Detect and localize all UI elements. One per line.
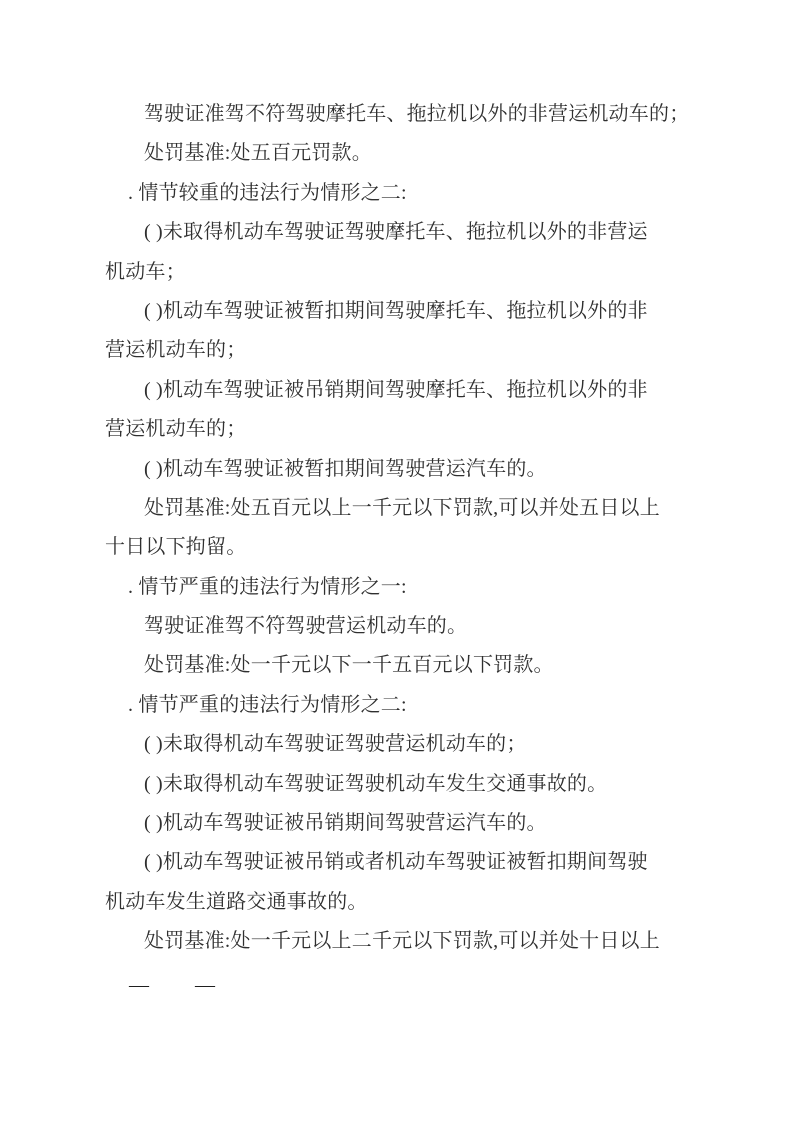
document-page: 驾驶证准驾不符驾驶摩托车、拖拉机以外的非营运机动车的； 处罚基准:处五百元罚款。… [0, 0, 793, 1122]
violation-item-line: ( )机动车驾驶证被暂扣期间驾驶营运汽车的。 [105, 450, 685, 489]
violation-item-line: 机动车发生道路交通事故的。 [105, 883, 685, 922]
section-heading: . 情节较重的违法行为情形之二: [105, 174, 685, 213]
violation-item-line: 营运机动车的； [105, 410, 685, 449]
violation-item-line: ( )未取得机动车驾驶证驾驶机动车发生交通事故的。 [105, 765, 685, 804]
violation-item-line: ( )机动车驾驶证被吊销期间驾驶营运汽车的。 [105, 804, 685, 843]
footer-dash: — [129, 974, 149, 996]
section-heading: . 情节严重的违法行为情形之二: [105, 686, 685, 725]
violation-item-line: ( )机动车驾驶证被暂扣期间驾驶摩托车、拖拉机以外的非 [105, 292, 685, 331]
penalty-basis-line: 处罚基准:处一千元以下一千五百元以下罚款。 [105, 646, 685, 685]
section-heading: . 情节严重的违法行为情形之一: [105, 568, 685, 607]
footer-dash: — [195, 974, 215, 996]
penalty-basis-line: 处罚基准:处一千元以上二千元以下罚款,可以并处十日以上 [105, 922, 685, 961]
violation-item-line: ( )机动车驾驶证被吊销期间驾驶摩托车、拖拉机以外的非 [105, 371, 685, 410]
page-footer: —— [129, 966, 215, 1005]
penalty-basis-line: 十日以下拘留。 [105, 528, 685, 567]
page-content: 驾驶证准驾不符驾驶摩托车、拖拉机以外的非营运机动车的； 处罚基准:处五百元罚款。… [105, 95, 685, 962]
penalty-basis-line: 处罚基准:处五百元以上一千元以下罚款,可以并处五日以上 [105, 489, 685, 528]
violation-item-line: 机动车； [105, 253, 685, 292]
violation-item-line: ( )未取得机动车驾驶证驾驶摩托车、拖拉机以外的非营运 [105, 213, 685, 252]
violation-item-line: 营运机动车的； [105, 331, 685, 370]
clause-line: 驾驶证准驾不符驾驶摩托车、拖拉机以外的非营运机动车的； [105, 95, 685, 134]
violation-item-line: ( )未取得机动车驾驶证驾驶营运机动车的； [105, 725, 685, 764]
clause-line: 驾驶证准驾不符驾驶营运机动车的。 [105, 607, 685, 646]
violation-item-line: ( )机动车驾驶证被吊销或者机动车驾驶证被暂扣期间驾驶 [105, 843, 685, 882]
penalty-basis-line: 处罚基准:处五百元罚款。 [105, 134, 685, 173]
